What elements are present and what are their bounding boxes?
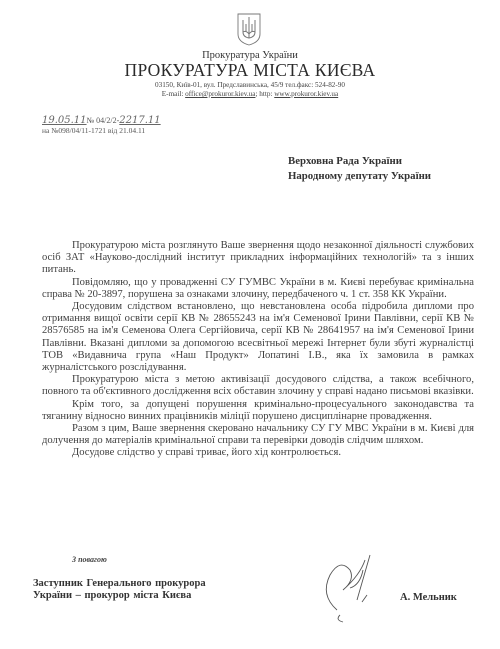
handwritten-date: 19.05.11 [42,115,87,126]
signer-position-line-1: Заступник Генерального прокурора [33,578,206,590]
body-paragraph: Повідомляю, що у провадженні СУ ГУМВС Ук… [42,277,474,301]
outgoing-reference: 19.05.11№ 04/2/2-2217.11 [42,115,161,126]
handwritten-signature-icon [315,550,390,630]
body-paragraph: Разом з цим, Ваше звернення скеровано на… [42,423,474,447]
letterhead-address: 03150, Київ-01, вул. Предславинська, 45/… [0,81,500,89]
addressee-line-1: Верховна Рада України [288,154,431,169]
email-link[interactable]: office@prokuror.kiev.ua [185,90,255,98]
incoming-reference: на №098/04/11-1721 від 21.04.11 [42,126,145,135]
handwritten-reference-number: 2217.11 [119,115,160,126]
body-paragraph: Прокуратурою міста з метою активізації д… [42,374,474,398]
email-label: E-mail: [162,90,185,98]
signer-position: Заступник Генерального прокурора України… [33,578,206,601]
signer-position-line-2: України – прокурор міста Києва [33,590,206,602]
letter-body: Прокуратурою міста розглянуто Ваше зверн… [42,240,474,460]
letterhead-contacts: E-mail: office@prokuror.kiev.ua; http: w… [0,90,500,98]
body-paragraph: Досудовим слідством встановлено, що невс… [42,301,474,374]
trident-coat-of-arms-icon [236,12,262,46]
body-paragraph: Прокуратурою міста розглянуто Ваше зверн… [42,240,474,277]
reference-number-prefix: № 04/2/2- [87,116,120,125]
signer-name: А. Мельник [400,592,457,603]
addressee-line-2: Народному депутату України [288,169,431,184]
http-label: ; http: [255,90,274,98]
website-link[interactable]: www.prokuror.kiev.ua [274,90,338,98]
letterhead-title: ПРОКУРАТУРА МІСТА КИЄВА [0,60,500,81]
body-paragraph: Крім того, за допущені порушення криміна… [42,399,474,423]
body-paragraph: Досудове слідство у справі триває, його … [42,447,474,459]
addressee-block: Верховна Рада України Народному депутату… [288,154,431,184]
closing-salutation: З повагою [72,555,107,564]
